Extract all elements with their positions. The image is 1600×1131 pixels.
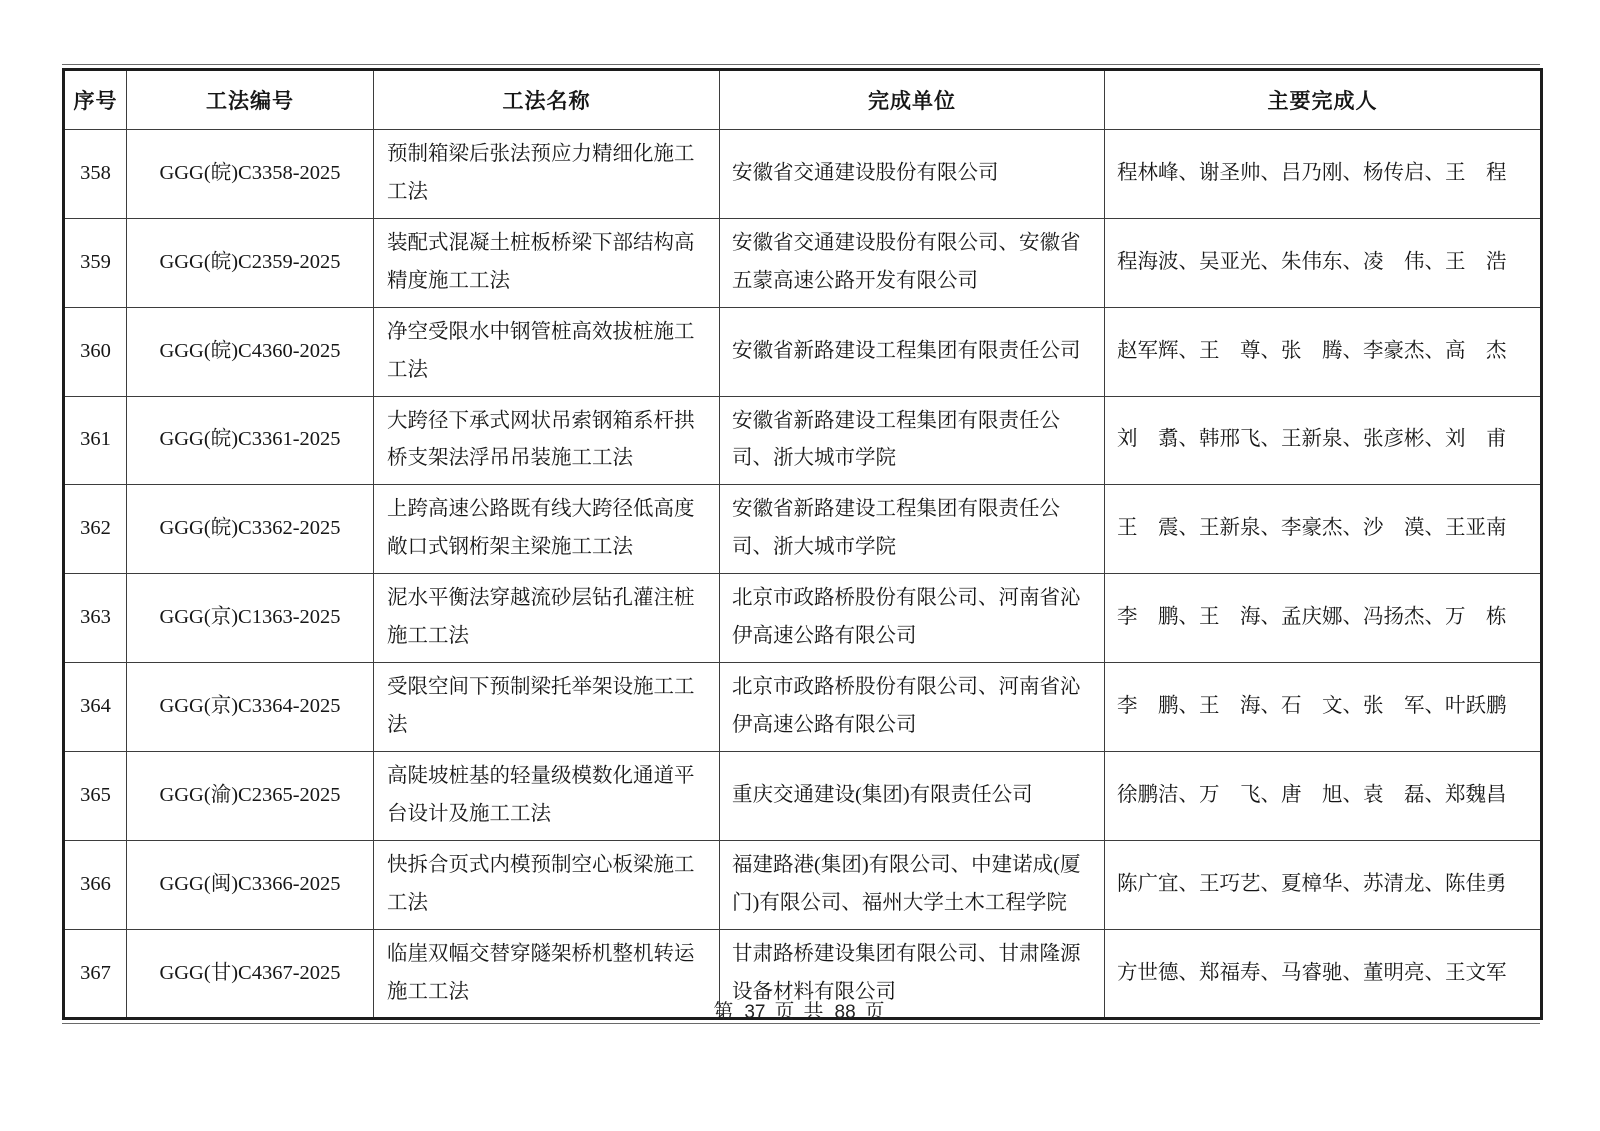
cell-method-name: 快拆合页式内模预制空心板梁施工工法 [374, 840, 720, 929]
cell-serial-number: 361 [64, 396, 127, 485]
column-header-code: 工法编号 [127, 70, 374, 130]
header-row: 序号 工法编号 工法名称 完成单位 主要完成人 [64, 70, 1542, 130]
column-header-serial: 序号 [64, 70, 127, 130]
cell-main-contributors: 王 震、王新泉、李豪杰、沙 漠、王亚南 [1105, 485, 1542, 574]
cell-serial-number: 358 [64, 130, 127, 219]
cell-completing-unit: 安徽省新路建设工程集团有限责任公司、浙大城市学院 [720, 396, 1105, 485]
cell-main-contributors: 徐鹏洁、万 飞、唐 旭、袁 磊、郑魏昌 [1105, 751, 1542, 840]
document-page: 序号 工法编号 工法名称 完成单位 主要完成人 358 GGG(皖)C3358-… [0, 0, 1600, 1131]
cell-main-contributors: 程海波、吴亚光、朱伟东、凌 伟、王 浩 [1105, 218, 1542, 307]
cell-main-contributors: 赵军辉、王 尊、张 腾、李豪杰、高 杰 [1105, 307, 1542, 396]
methods-table-container: 序号 工法编号 工法名称 完成单位 主要完成人 358 GGG(皖)C3358-… [62, 64, 1540, 1024]
cell-method-name: 上跨高速公路既有线大跨径低高度敞口式钢桁架主梁施工工法 [374, 485, 720, 574]
cell-method-name: 预制箱梁后张法预应力精细化施工工法 [374, 130, 720, 219]
cell-main-contributors: 刘 翥、韩邢飞、王新泉、张彦彬、刘 甫 [1105, 396, 1542, 485]
table-row: 360 GGG(皖)C4360-2025 净空受限水中钢管桩高效拔桩施工工法 安… [64, 307, 1542, 396]
cell-method-code: GGG(皖)C2359-2025 [127, 218, 374, 307]
cell-completing-unit: 北京市政路桥股份有限公司、河南省沁伊高速公路有限公司 [720, 574, 1105, 663]
footer-total-pages: 88 [833, 1002, 858, 1023]
cell-method-code: GGG(皖)C3358-2025 [127, 130, 374, 219]
table-row: 362 GGG(皖)C3362-2025 上跨高速公路既有线大跨径低高度敞口式钢… [64, 485, 1542, 574]
cell-method-code: GGG(京)C1363-2025 [127, 574, 374, 663]
column-header-people: 主要完成人 [1105, 70, 1542, 130]
cell-serial-number: 364 [64, 663, 127, 752]
table-row: 358 GGG(皖)C3358-2025 预制箱梁后张法预应力精细化施工工法 安… [64, 130, 1542, 219]
page-footer: 第 37 页 共 88 页 [0, 995, 1600, 1024]
cell-main-contributors: 陈广宜、王巧艺、夏樟华、苏清龙、陈佳勇 [1105, 840, 1542, 929]
cell-method-name: 净空受限水中钢管桩高效拔桩施工工法 [374, 307, 720, 396]
cell-method-code: GGG(渝)C2365-2025 [127, 751, 374, 840]
cell-completing-unit: 重庆交通建设(集团)有限责任公司 [720, 751, 1105, 840]
footer-prefix: 第 [713, 1001, 735, 1023]
column-header-unit: 完成单位 [720, 70, 1105, 130]
cell-completing-unit: 北京市政路桥股份有限公司、河南省沁伊高速公路有限公司 [720, 663, 1105, 752]
cell-serial-number: 359 [64, 218, 127, 307]
cell-completing-unit: 安徽省交通建设股份有限公司、安徽省五蒙高速公路开发有限公司 [720, 218, 1105, 307]
table-row: 366 GGG(闽)C3366-2025 快拆合页式内模预制空心板梁施工工法 福… [64, 840, 1542, 929]
cell-completing-unit: 安徽省新路建设工程集团有限责任公司、浙大城市学院 [720, 485, 1105, 574]
table-row: 359 GGG(皖)C2359-2025 装配式混凝土桩板桥梁下部结构高精度施工… [64, 218, 1542, 307]
cell-method-code: GGG(皖)C3362-2025 [127, 485, 374, 574]
cell-main-contributors: 李 鹏、王 海、石 文、张 军、叶跃鹏 [1105, 663, 1542, 752]
cell-method-name: 受限空间下预制梁托举架设施工工法 [374, 663, 720, 752]
cell-serial-number: 362 [64, 485, 127, 574]
footer-page-word: 页 [775, 1001, 797, 1023]
cell-serial-number: 365 [64, 751, 127, 840]
methods-table: 序号 工法编号 工法名称 完成单位 主要完成人 358 GGG(皖)C3358-… [62, 68, 1543, 1020]
cell-completing-unit: 安徽省新路建设工程集团有限责任公司 [720, 307, 1105, 396]
cell-completing-unit: 福建路港(集团)有限公司、中建诺成(厦门)有限公司、福州大学土木工程学院 [720, 840, 1105, 929]
cell-method-name: 装配式混凝土桩板桥梁下部结构高精度施工工法 [374, 218, 720, 307]
table-row: 363 GGG(京)C1363-2025 泥水平衡法穿越流砂层钻孔灌注桩施工工法… [64, 574, 1542, 663]
table-row: 364 GGG(京)C3364-2025 受限空间下预制梁托举架设施工工法 北京… [64, 663, 1542, 752]
table-header: 序号 工法编号 工法名称 完成单位 主要完成人 [64, 70, 1542, 130]
table-row: 361 GGG(皖)C3361-2025 大跨径下承式网状吊索钢箱系杆拱桥支架法… [64, 396, 1542, 485]
cell-method-code: GGG(京)C3364-2025 [127, 663, 374, 752]
footer-page-number: 37 [742, 1002, 767, 1023]
column-header-name: 工法名称 [374, 70, 720, 130]
footer-of-word: 共 [804, 1001, 826, 1023]
cell-method-code: GGG(闽)C3366-2025 [127, 840, 374, 929]
cell-method-name: 大跨径下承式网状吊索钢箱系杆拱桥支架法浮吊吊装施工工法 [374, 396, 720, 485]
cell-method-name: 泥水平衡法穿越流砂层钻孔灌注桩施工工法 [374, 574, 720, 663]
cell-serial-number: 366 [64, 840, 127, 929]
cell-serial-number: 360 [64, 307, 127, 396]
footer-suffix: 页 [865, 1001, 887, 1023]
cell-main-contributors: 程林峰、谢圣帅、吕乃刚、杨传启、王 程 [1105, 130, 1542, 219]
cell-method-name: 高陡坡桩基的轻量级模数化通道平台设计及施工工法 [374, 751, 720, 840]
table-row: 365 GGG(渝)C2365-2025 高陡坡桩基的轻量级模数化通道平台设计及… [64, 751, 1542, 840]
cell-method-code: GGG(皖)C3361-2025 [127, 396, 374, 485]
cell-main-contributors: 李 鹏、王 海、孟庆娜、冯扬杰、万 栋 [1105, 574, 1542, 663]
cell-serial-number: 363 [64, 574, 127, 663]
cell-completing-unit: 安徽省交通建设股份有限公司 [720, 130, 1105, 219]
table-body: 358 GGG(皖)C3358-2025 预制箱梁后张法预应力精细化施工工法 安… [64, 130, 1542, 1019]
cell-method-code: GGG(皖)C4360-2025 [127, 307, 374, 396]
